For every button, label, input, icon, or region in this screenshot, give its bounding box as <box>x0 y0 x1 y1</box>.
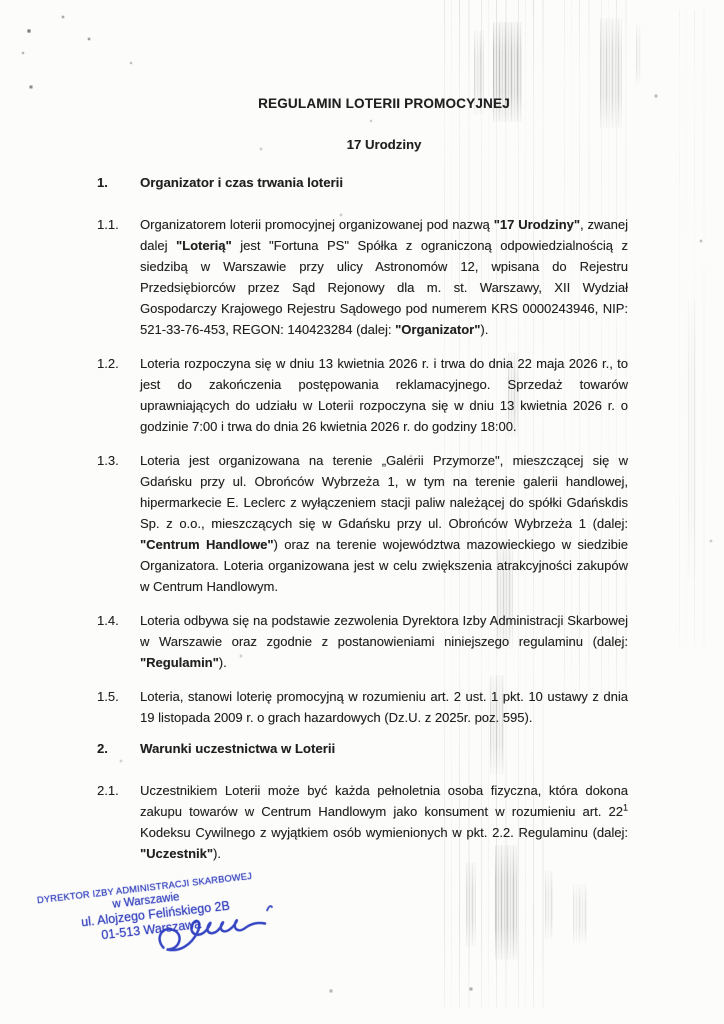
clause: 1.5.Loteria, stanowi loterię promocyjną … <box>97 686 628 728</box>
clause-text: Uczestnikiem Loterii może być każda pełn… <box>140 780 628 864</box>
document: REGULAMIN LOTERII PROMOCYJNEJ 17 Urodzin… <box>97 96 628 877</box>
clause-number: 1.4. <box>97 610 140 673</box>
scan-smudge <box>688 300 696 580</box>
section-heading-text: Warunki uczestnictwa w Loterii <box>140 741 628 757</box>
section-heading: 1.Organizator i czas trwania loterii <box>97 175 628 191</box>
scan-streak-band <box>675 10 709 650</box>
clause: 2.1.Uczestnikiem Loterii może być każda … <box>97 780 628 864</box>
scan-smudge <box>573 884 587 944</box>
document-subtitle: 17 Urodziny <box>140 137 628 153</box>
clause-number: 1.2. <box>97 353 140 437</box>
clause-number: 1.1. <box>97 214 140 340</box>
clause-text: Organizatorem loterii promocyjnej organi… <box>140 214 628 340</box>
clause: 1.1.Organizatorem loterii promocyjnej or… <box>97 214 628 340</box>
clause-number: 1.3. <box>97 450 140 597</box>
section-heading: 2.Warunki uczestnictwa w Loterii <box>97 741 628 757</box>
clause-number: 1.5. <box>97 686 140 728</box>
document-body: 1.Organizator i czas trwania loterii1.1.… <box>97 175 628 864</box>
clause-text: Loteria rozpoczyna się w dniu 13 kwietni… <box>140 353 628 437</box>
scan-specks <box>0 0 2 2</box>
scanned-page: REGULAMIN LOTERII PROMOCYJNEJ 17 Urodzin… <box>0 0 724 1024</box>
clause: 1.2.Loteria rozpoczyna się w dniu 13 kwi… <box>97 353 628 437</box>
clause-number: 1. <box>97 175 140 191</box>
clause-text: Loteria, stanowi loterię promocyjną w ro… <box>140 686 628 728</box>
document-title: REGULAMIN LOTERII PROMOCYJNEJ <box>140 96 628 112</box>
clause-number: 2. <box>97 741 140 757</box>
clause: 1.3.Loteria jest organizowana na terenie… <box>97 450 628 597</box>
clause: 1.4.Loteria odbywa się na podstawie zezw… <box>97 610 628 673</box>
signature <box>150 890 280 961</box>
section-heading-text: Organizator i czas trwania loterii <box>140 175 628 191</box>
scan-smudge <box>545 870 553 940</box>
clause-text: Loteria odbywa się na podstawie zezwolen… <box>140 610 628 673</box>
scan-smudge <box>636 25 642 85</box>
clause-number: 2.1. <box>97 780 140 864</box>
clause-text: Loteria jest organizowana na terenie „Ga… <box>140 450 628 597</box>
